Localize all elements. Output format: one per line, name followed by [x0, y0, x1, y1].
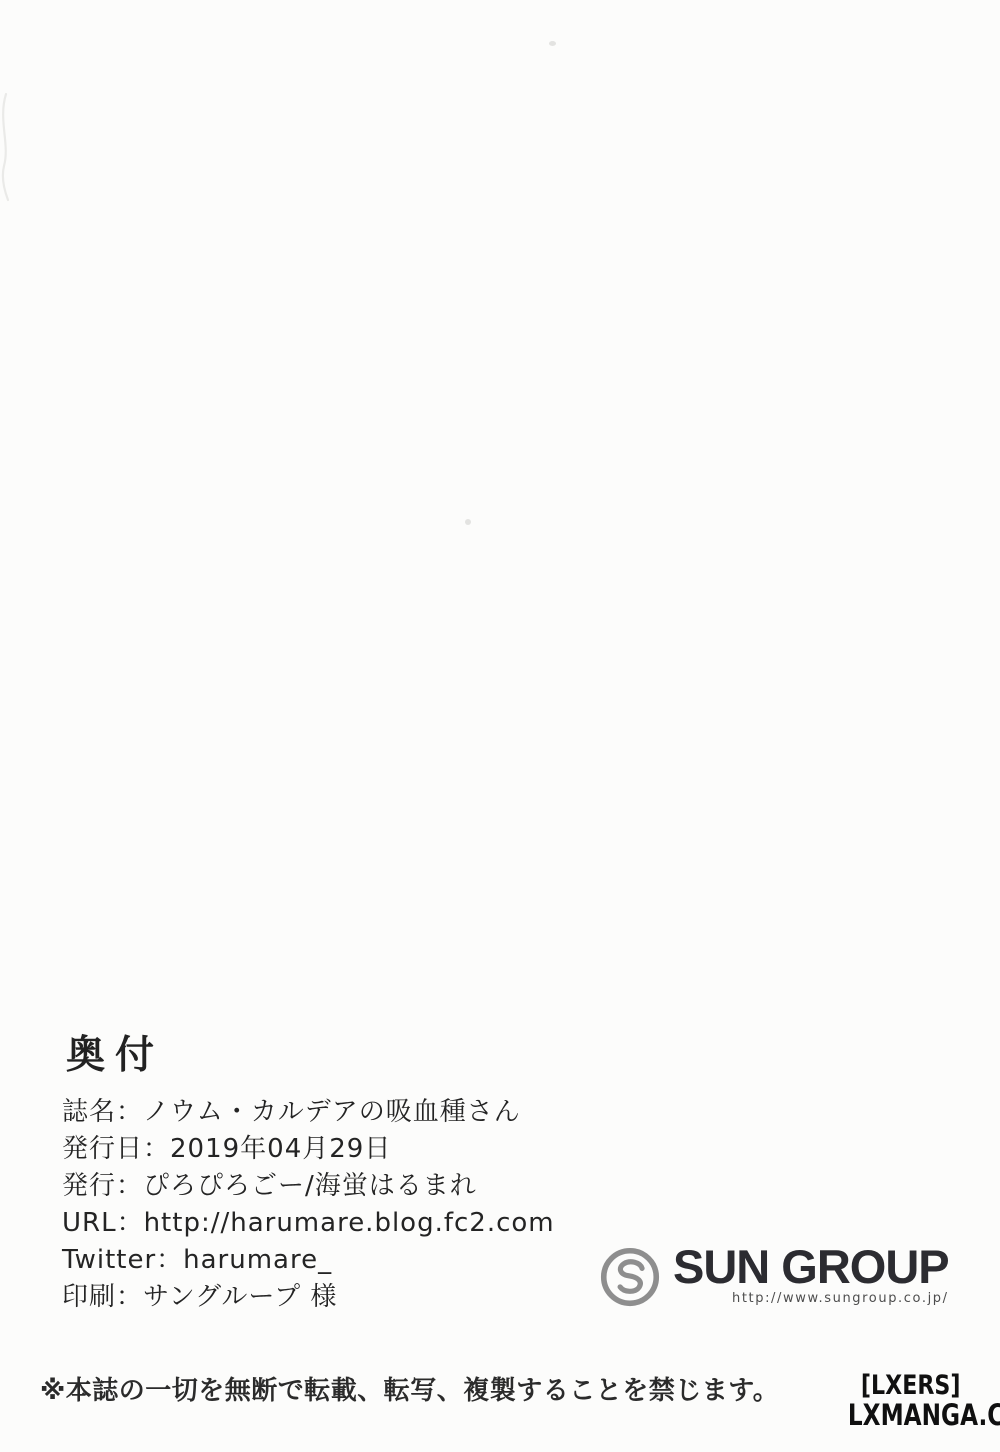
site-watermark: [LXERS] LXMANGA.COM [823, 1372, 998, 1430]
sun-group-logo: SUN GROUP http://www.sungroup.co.jp/ [599, 1243, 949, 1308]
watermark-site-name: LXMANGA.COM [848, 1400, 1000, 1430]
scan-speck [549, 41, 556, 46]
scan-speck [465, 519, 471, 525]
watermark-group-tag: [LXERS] [861, 1372, 961, 1400]
scan-hair-artifact [0, 92, 20, 202]
colophon-line-publisher: 発行：ぴろぴろごー/海蛍はるまれ [62, 1168, 762, 1205]
colophon-line-issue-date: 発行日：2019年04月29日 [62, 1131, 762, 1168]
sun-group-url: http://www.sungroup.co.jp/ [732, 1291, 949, 1307]
colophon-page: 奥付 誌名：ノウム・カルデアの吸血種さん 発行日：2019年04月29日 発行：… [0, 0, 1000, 1452]
colophon-line-url: URL：http://harumare.blog.fc2.com [62, 1205, 762, 1242]
sun-group-name: SUN GROUP [673, 1243, 949, 1290]
sun-group-ring-s-icon [599, 1246, 661, 1308]
sun-group-logo-text: SUN GROUP http://www.sungroup.co.jp/ [673, 1243, 949, 1307]
colophon-line-title: 誌名：ノウム・カルデアの吸血種さん [62, 1094, 762, 1131]
page-title: 奥付 [66, 1024, 164, 1080]
copyright-warning: ※本誌の一切を無断で転載、転写、複製することを禁じます。 [40, 1370, 779, 1407]
